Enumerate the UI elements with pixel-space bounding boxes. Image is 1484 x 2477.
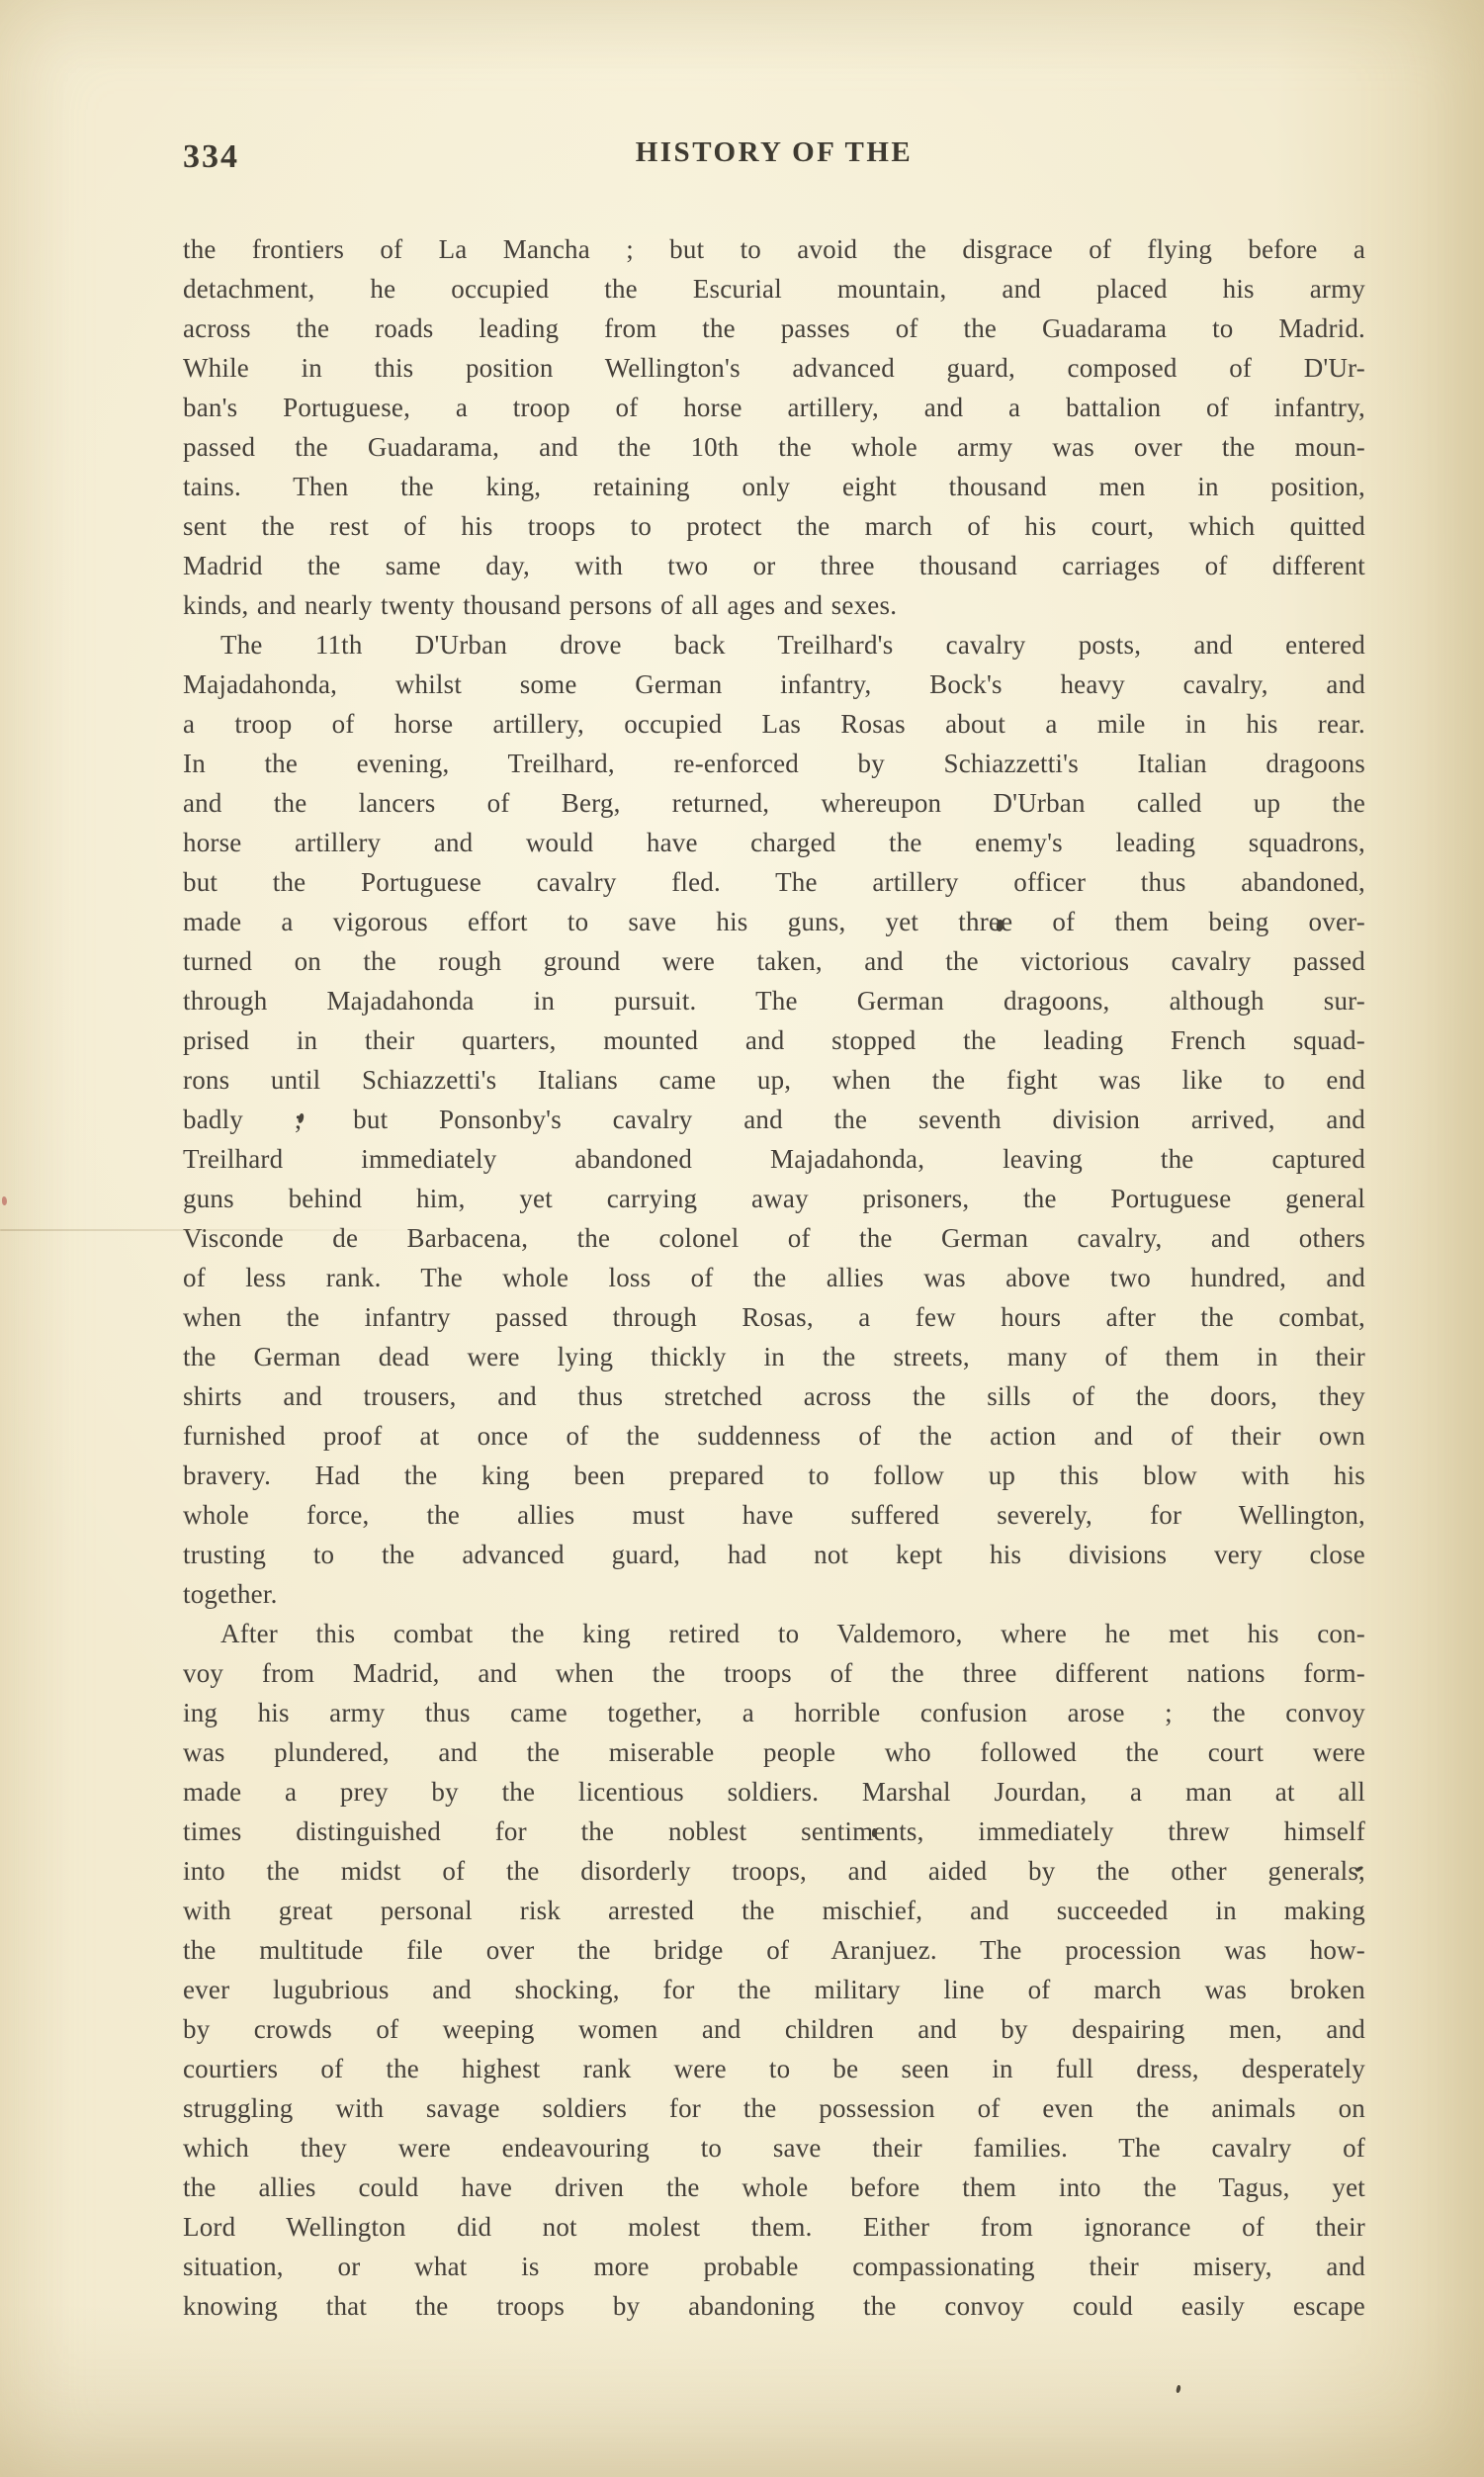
- text-line: After this combat the king retired to Va…: [183, 1614, 1365, 1653]
- text-line: Treilhard immediately abandoned Majadaho…: [183, 1139, 1365, 1179]
- text-line: was plundered, and the miserable people …: [183, 1732, 1365, 1772]
- text-line: struggling with savage soldiers for the …: [183, 2088, 1365, 2128]
- text-line: together.: [183, 1574, 1365, 1614]
- paper-fleck: [2, 1196, 7, 1205]
- text-line: knowing that the troops by abandoning th…: [183, 2286, 1365, 2326]
- text-line: kinds, and nearly twenty thousand person…: [183, 585, 1365, 625]
- text-line: badly ; but Ponsonby's cavalry and the s…: [183, 1100, 1365, 1139]
- text-line: through Majadahonda in pursuit. The Germ…: [183, 981, 1365, 1020]
- text-line: into the midst of the disorderly troops,…: [183, 1851, 1365, 1891]
- text-line: While in this position Wellington's adva…: [183, 348, 1365, 388]
- text-line: the allies could have driven the whole b…: [183, 2167, 1365, 2207]
- text-line: horse artillery and would have charged t…: [183, 823, 1365, 862]
- text-line: by crowds of weeping women and children …: [183, 2009, 1365, 2049]
- text-line: Majadahonda, whilst some German infantry…: [183, 664, 1365, 704]
- text-line: the multitude file over the bridge of Ar…: [183, 1930, 1365, 1970]
- text-line: guns behind him, yet carrying away priso…: [183, 1179, 1365, 1218]
- text-line: but the Portuguese cavalry fled. The art…: [183, 862, 1365, 902]
- ink-speck: [1176, 2385, 1181, 2394]
- text-line: prised in their quarters, mounted and st…: [183, 1020, 1365, 1060]
- page-header: 334 HISTORY OF THE: [183, 136, 1365, 180]
- text-line: ban's Portuguese, a troop of horse artil…: [183, 388, 1365, 427]
- text-line: bravery. Had the king been prepared to f…: [183, 1456, 1365, 1495]
- text-line: rons until Schiazzetti's Italians came u…: [183, 1060, 1365, 1100]
- paper-crease: [0, 1229, 435, 1231]
- text-line: trusting to the advanced guard, had not …: [183, 1535, 1365, 1574]
- text-line: passed the Guadarama, and the 10th the w…: [183, 427, 1365, 467]
- text-line: In the evening, Treilhard, re-enforced b…: [183, 744, 1365, 783]
- text-line: a troop of horse artillery, occupied Las…: [183, 704, 1365, 744]
- text-line: sent the rest of his troops to protect t…: [183, 506, 1365, 546]
- text-line: Visconde de Barbacena, the colonel of th…: [183, 1218, 1365, 1258]
- text-line: courtiers of the highest rank were to be…: [183, 2049, 1365, 2088]
- text-line: Lord Wellington did not molest them. Eit…: [183, 2207, 1365, 2247]
- text-line: detachment, he occupied the Escurial mou…: [183, 269, 1365, 309]
- paragraph: The 11th D'Urban drove back Treilhard's …: [183, 625, 1365, 1614]
- text-line: which they were endeavouring to save the…: [183, 2128, 1365, 2167]
- text-line: across the roads leading from the passes…: [183, 309, 1365, 348]
- text-line: the German dead were lying thickly in th…: [183, 1337, 1365, 1376]
- paragraph: the frontiers of La Mancha ; but to avoi…: [183, 229, 1365, 625]
- text-line: whole force, the allies must have suffer…: [183, 1495, 1365, 1535]
- text-line: ever lugubrious and shocking, for the mi…: [183, 1970, 1365, 2009]
- text-line: and the lancers of Berg, returned, where…: [183, 783, 1365, 823]
- text-line: Madrid the same day, with two or three t…: [183, 546, 1365, 585]
- text-line: the frontiers of La Mancha ; but to avoi…: [183, 229, 1365, 269]
- text-line: situation, or what is more probable comp…: [183, 2247, 1365, 2286]
- text-line: with great personal risk arrested the mi…: [183, 1891, 1365, 1930]
- text-line: made a prey by the licentious soldiers. …: [183, 1772, 1365, 1812]
- text-line: turned on the rough ground were taken, a…: [183, 941, 1365, 981]
- book-page-scan: 334 HISTORY OF THE the frontiers of La M…: [0, 0, 1484, 2477]
- text-line: of less rank. The whole loss of the alli…: [183, 1258, 1365, 1297]
- body-text: the frontiers of La Mancha ; but to avoi…: [183, 229, 1365, 2326]
- text-line: made a vigorous effort to save his guns,…: [183, 902, 1365, 941]
- text-line: furnished proof at once of the suddennes…: [183, 1416, 1365, 1456]
- text-line: times distinguished for the noblest sent…: [183, 1812, 1365, 1851]
- text-line: tains. Then the king, retaining only eig…: [183, 467, 1365, 506]
- text-line: ing his army thus came together, a horri…: [183, 1693, 1365, 1732]
- text-line: shirts and trousers, and thus stretched …: [183, 1376, 1365, 1416]
- text-line: when the infantry passed through Rosas, …: [183, 1297, 1365, 1337]
- paragraph: After this combat the king retired to Va…: [183, 1614, 1365, 2326]
- text-line: The 11th D'Urban drove back Treilhard's …: [183, 625, 1365, 664]
- running-title: HISTORY OF THE: [183, 136, 1365, 169]
- text-line: voy from Madrid, and when the troops of …: [183, 1653, 1365, 1693]
